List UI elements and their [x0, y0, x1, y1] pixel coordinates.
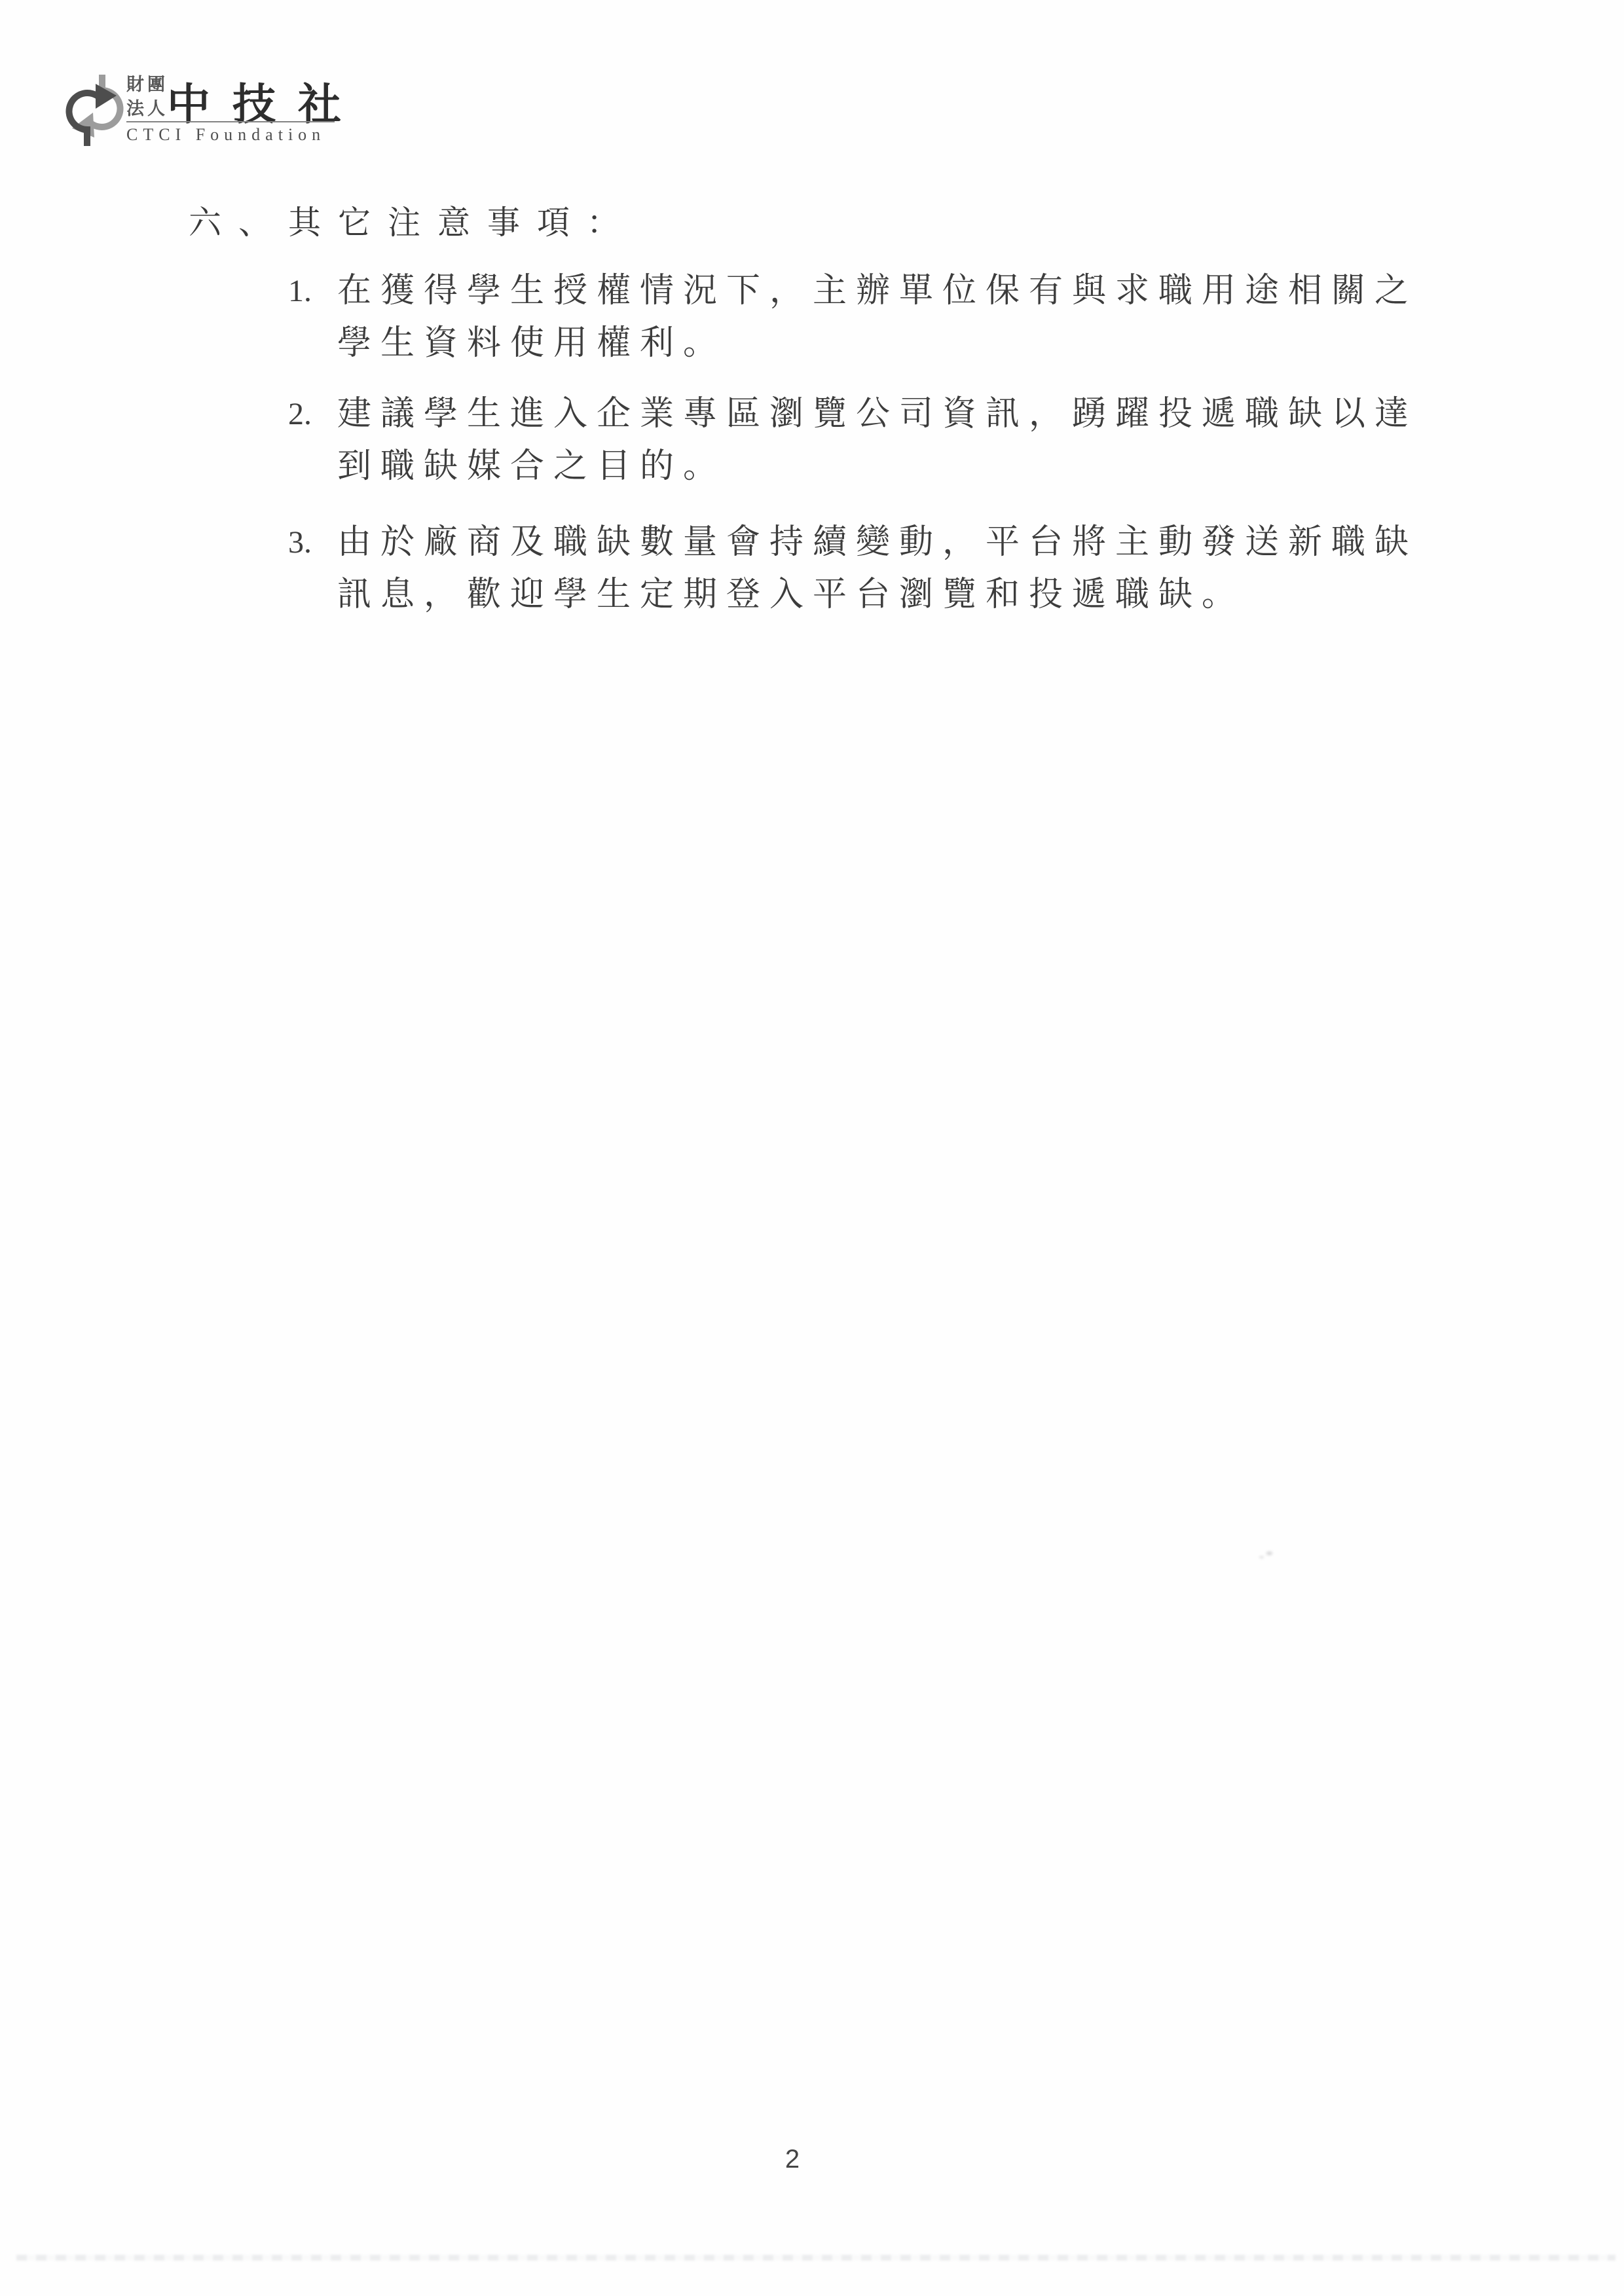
- note-item-1-line-1: 在獲得學生授權情況下，主辦單位保有與求職用途相關之: [337, 265, 1437, 318]
- note-item-1-text: 在獲得學生授權情況下，主辦單位保有與求職用途相關之 學生資料使用權利。: [337, 265, 1437, 370]
- scan-smudge-artifact: [1256, 1547, 1278, 1563]
- note-item-2-number: 2.: [288, 388, 312, 441]
- logo-divider-rule: [126, 121, 335, 122]
- note-item-1-line-2: 學生資料使用權利。: [337, 318, 1437, 370]
- scanned-document-page: 財團 法人 中技社 CTCI Foundation 六、其它注意事項： 1. 在…: [0, 0, 1624, 2296]
- note-item-1-number: 1.: [288, 265, 312, 318]
- logo-org-type-line1: 財團: [126, 73, 168, 97]
- note-item-3-text: 由於廠商及職缺數量會持續變動，平台將主動發送新職缺 訊息，歡迎學生定期登入平台瀏…: [337, 517, 1437, 621]
- note-item-3-line-1: 由於廠商及職缺數量會持續變動，平台將主動發送新職缺: [337, 517, 1437, 569]
- page-number: 2: [766, 2145, 819, 2174]
- logo-org-type: 財團 法人: [126, 73, 168, 121]
- note-item-3-number: 3.: [288, 517, 312, 569]
- section-heading: 六、其它注意事項：: [189, 204, 637, 241]
- interlocking-circular-arrows-icon: [60, 73, 130, 147]
- ctci-foundation-logo: 財團 法人 中技社 CTCI Foundation: [60, 69, 342, 155]
- logo-org-type-line2: 法人: [126, 97, 168, 121]
- note-item-3-line-2: 訊息，歡迎學生定期登入平台瀏覽和投遞職缺。: [337, 569, 1437, 621]
- logo-name-english: CTCI Foundation: [126, 125, 325, 145]
- bleedthrough-text-artifact: [16, 2255, 1615, 2261]
- note-item-2-line-2: 到職缺媒合之目的。: [337, 441, 1437, 493]
- note-item-2-text: 建議學生進入企業專區瀏覽公司資訊，踴躍投遞職缺以達 到職缺媒合之目的。: [337, 388, 1437, 493]
- note-item-2-line-1: 建議學生進入企業專區瀏覽公司資訊，踴躍投遞職缺以達: [337, 388, 1437, 441]
